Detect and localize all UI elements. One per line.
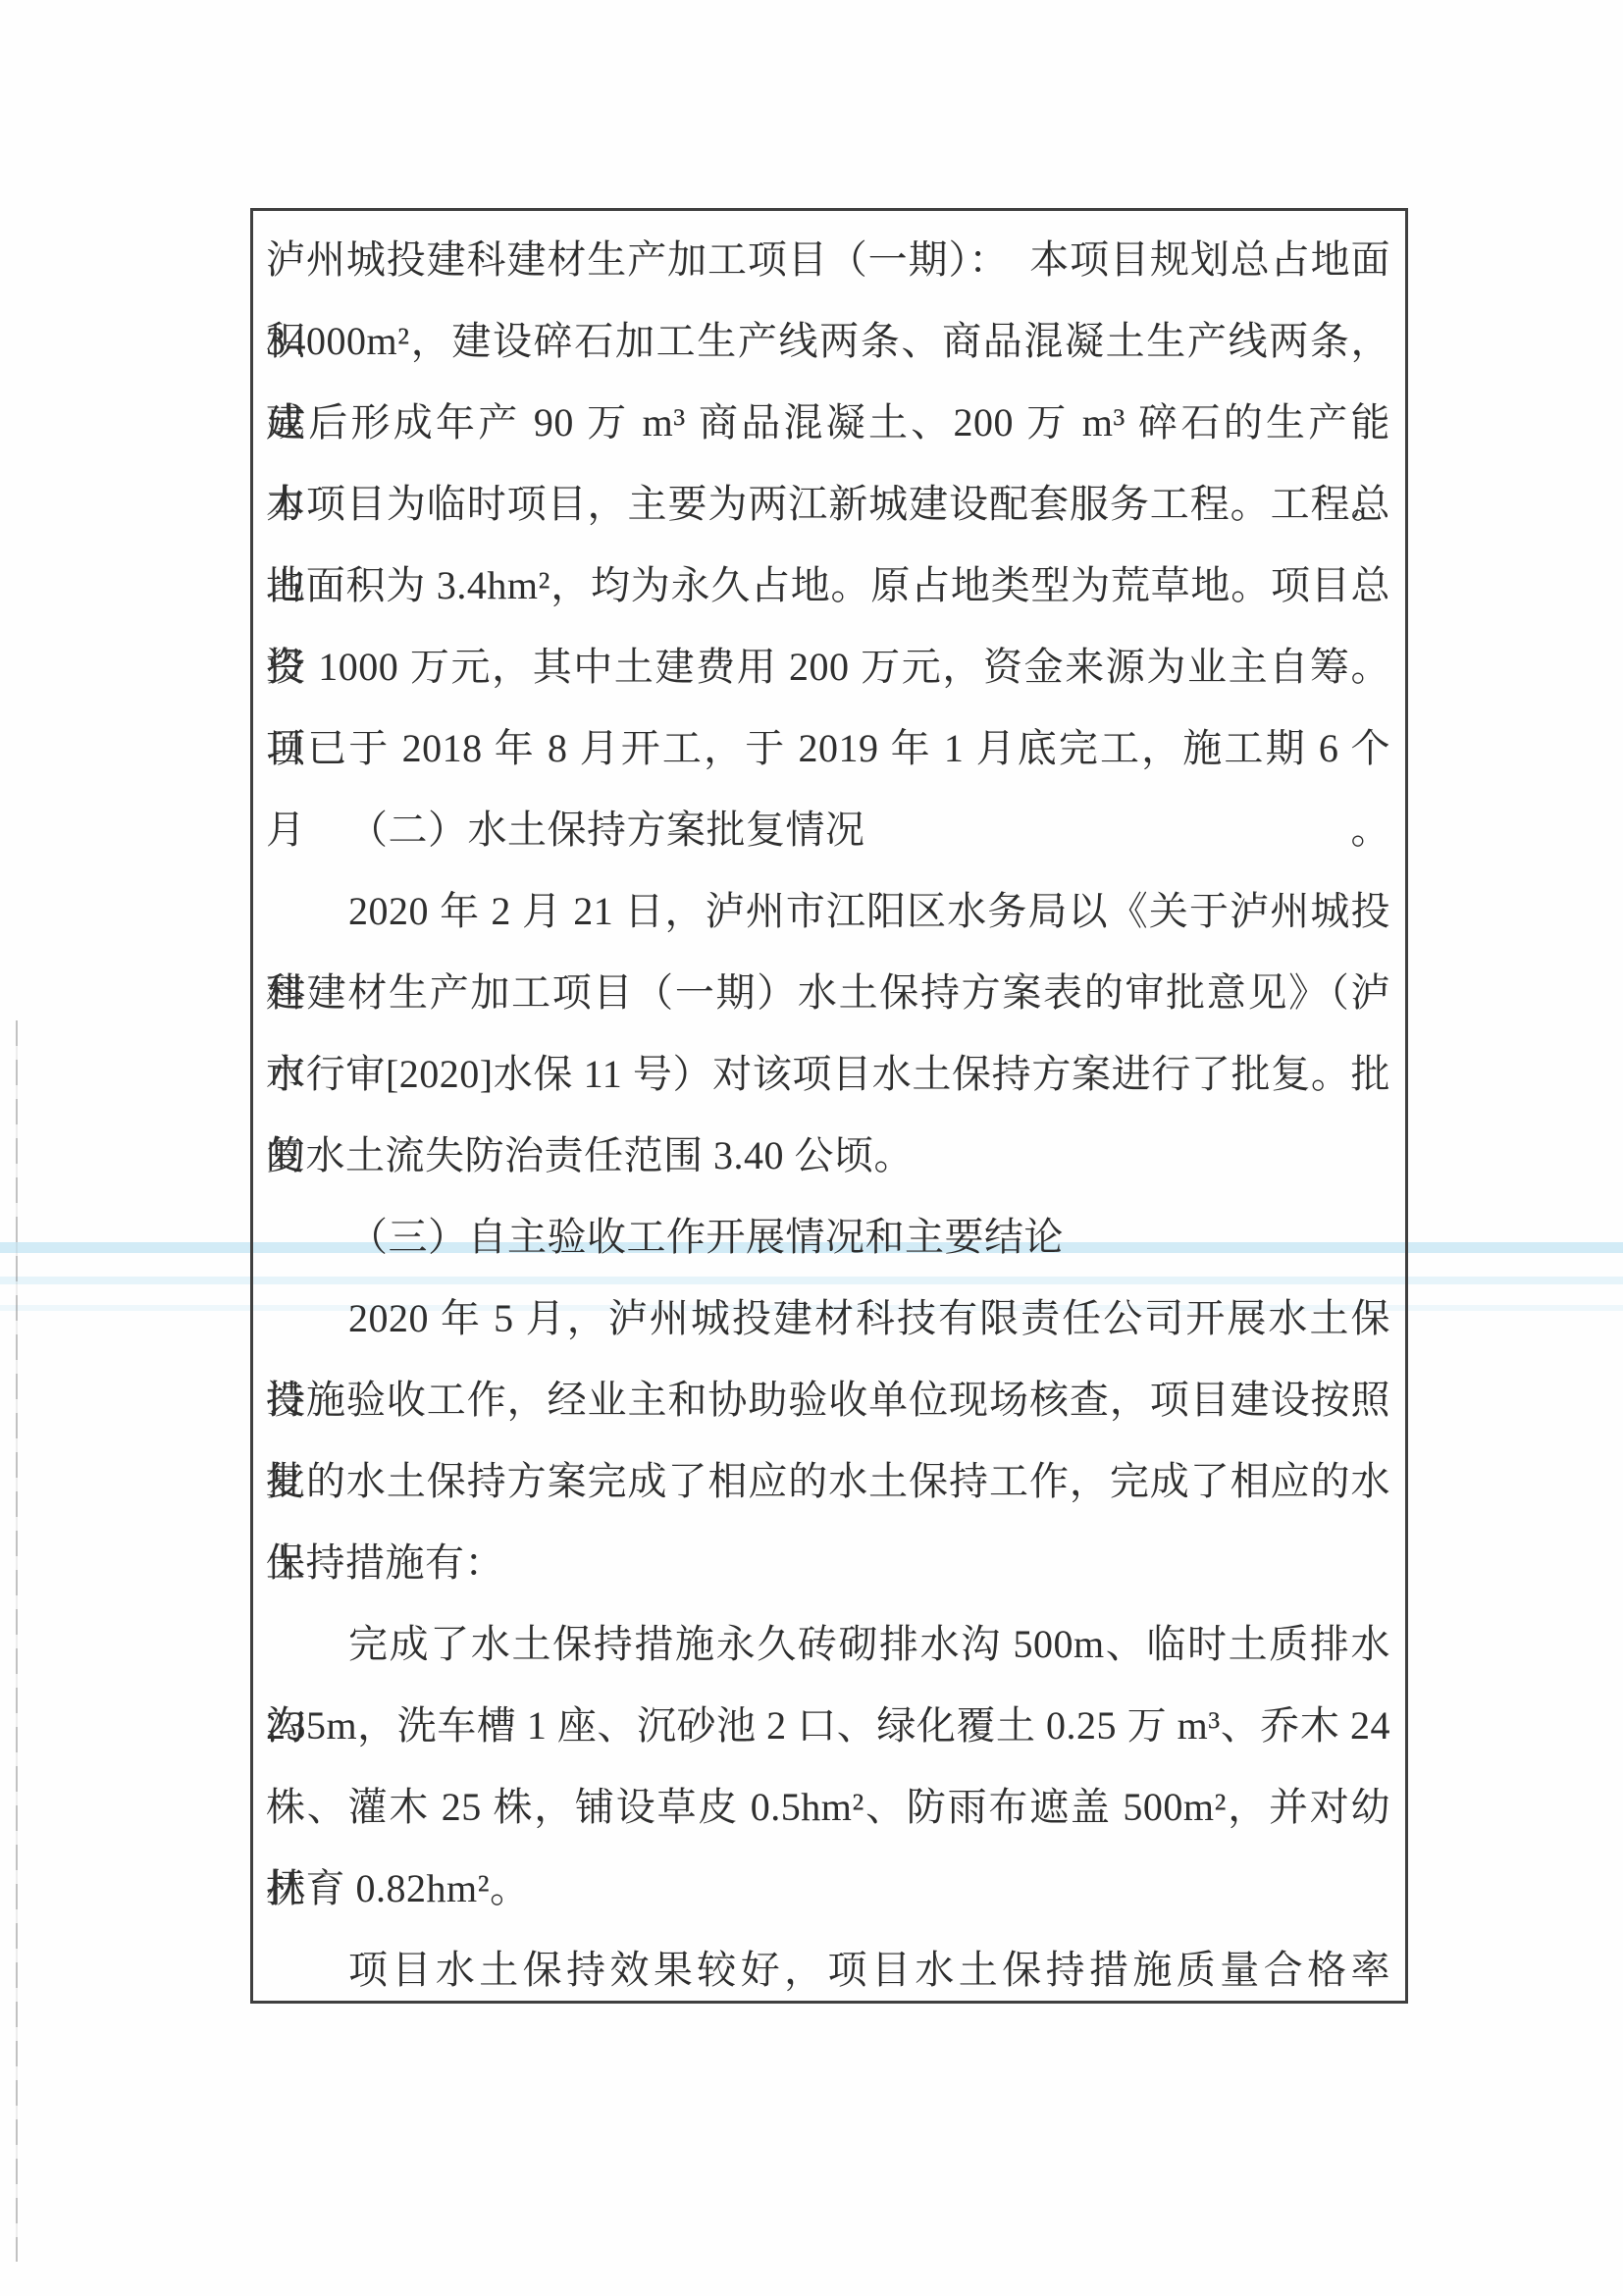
text-line: 资 1000 万元，其中土建费用 200 万元，资金来源为业主自筹。项 — [266, 626, 1390, 707]
text-line: 成后形成年产 90 万 m³ 商品混凝土、200 万 m³ 碎石的生产能力。 — [266, 382, 1390, 463]
text-line: 目已于 2018 年 8 月开工，于 2019 年 1 月底完工，施工期 6 个… — [266, 707, 1390, 789]
text-line: 完成了水土保持措施永久砖砌排水沟 500m、临时土质排水沟 — [266, 1603, 1390, 1685]
text-line: 抚育 0.82hm²。 — [266, 1848, 1390, 1929]
text-line: 科建材生产加工项目（一期）水土保持方案表的审批意见》（泸市 — [266, 952, 1390, 1033]
scanned-document-page: 泸州城投建科建材生产加工项目（一期）： 本项目规划总占地面积 34000m²，建… — [0, 0, 1623, 2296]
text-line: 株、灌木 25 株，铺设草皮 0.5hm²、防雨布遮盖 500m²，并对幼林 — [266, 1766, 1390, 1848]
text-line: 水行审[2020]水保 11 号）对该项目水土保持方案进行了批复。批复 — [266, 1033, 1390, 1115]
text-line: 235m，洗车槽 1 座、沉砂池 2 口、绿化覆土 0.25 万 m³、乔木 2… — [266, 1685, 1390, 1766]
text-line: 设施验收工作，经业主和协助验收单位现场核查，项目建设按照批 — [266, 1359, 1390, 1440]
text-line: 34000m²，建设碎石加工生产线两条、商品混凝土生产线两条， 建 — [266, 300, 1390, 382]
section-heading-line: （三）自主验收工作开展情况和主要结论 — [266, 1196, 1390, 1278]
text-line: 保持措施有： — [266, 1522, 1390, 1603]
scan-edge-artifact-line — [16, 1020, 18, 2262]
text-line: 项目水土保持效果较好，项目水土保持措施质量合格率 100%。 — [266, 1929, 1390, 2004]
text-line: 泸州城投建科建材生产加工项目（一期）： 本项目规划总占地面积 — [266, 219, 1390, 300]
text-line: 的水土流失防治责任范围 3.40 公顷。 — [266, 1115, 1390, 1196]
text-line: 复的水土保持方案完成了相应的水土保持工作，完成了相应的水土 — [266, 1440, 1390, 1522]
text-line: 2020 年 5 月，泸州城投建材科技有限责任公司开展水土保持 — [266, 1278, 1390, 1359]
text-line: 2020 年 2 月 21 日，泸州市江阳区水务局以《关于泸州城投建 — [266, 870, 1390, 952]
text-line: 地面积为 3.4hm²，均为永久占地。原占地类型为荒草地。项目总投 — [266, 545, 1390, 626]
text-line: 本项目为临时项目，主要为两江新城建设配套服务工程。工程总占 — [266, 463, 1390, 545]
report-text-cell: 泸州城投建科建材生产加工项目（一期）： 本项目规划总占地面积 34000m²，建… — [250, 208, 1408, 2004]
